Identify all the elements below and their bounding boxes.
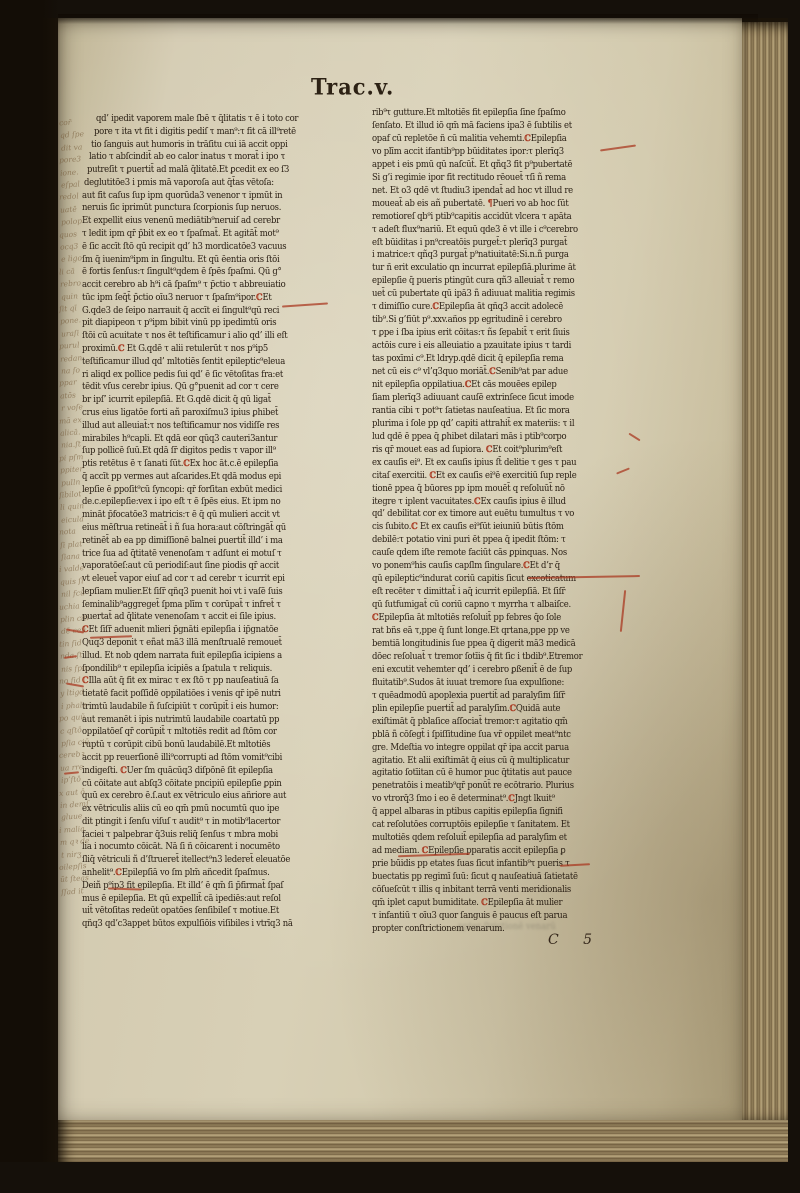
text-line: exiſtimāt q̄ pblaſice aſſociat̄ tremor:τ… — [372, 717, 567, 727]
text-line: cat reſolutōes corruptōis epilepſie τ ſa… — [372, 820, 570, 830]
text-line: ſm q̄ iuenim⁹ipm in ſingultu. Et qū ēent… — [82, 255, 279, 265]
marginal-annotation: nil fcū — [61, 588, 85, 599]
text-line: neruis ſic iprimūt punctura ſcorpionis ſ… — [82, 203, 281, 213]
text-line: eni excutit vehemter qd’ i cerebro ꝑßeni… — [372, 665, 572, 675]
text-line: τ infantiū τ oīu3 quor ſanguis ē paucus … — [372, 911, 567, 921]
text-line: lud qdē ē ppea q̄ ꝑhibet dilatari mās i … — [372, 432, 566, 442]
marginal-annotation: ppar — [59, 378, 77, 388]
text-line: cis ſubito.ℂ Et ex cauſis ei⁹ſūt ieiuniū… — [372, 522, 564, 532]
text-line: ſliq̄ vētriculi ñ d’ſtrueret̄ itellect⁹n… — [82, 855, 290, 865]
text-line: pore τ ita vt fit i digitis pediſ τ man⁹… — [94, 127, 296, 137]
marginal-annotation: ione. — [60, 167, 79, 177]
text-line: vo ponem⁹his cauſis capſlm ſingulare.ℂEt… — [372, 561, 560, 571]
text-line: proximū.ℂ Et G.qdē τ alii retulerūt τ no… — [82, 344, 268, 354]
text-line: qd’ debilitat cor ex timore aut euētu tu… — [372, 509, 574, 519]
text-line: appet i eis pmū qū naſcūt̄. Et qñq3 fit … — [372, 160, 572, 170]
text-line: i matrice:τ qñq3 purgat̄ p⁹natiuitatē:Si… — [372, 250, 569, 260]
marginal-annotation: atōs — [60, 390, 76, 400]
text-line: dōec reſoluat̄ τ tremor ſotīis q̄ fit ſi… — [372, 652, 582, 662]
marginal-annotation: pore3 — [59, 154, 82, 165]
marginal-annotation: ſibilot — [59, 489, 82, 500]
marginal-annotation: alicā. — [60, 427, 81, 437]
text-line: dit ptingit i ſenſu viſuſ τ audit⁹ τ in … — [82, 817, 280, 827]
text-line: rat bñs eā τ,ppe q̄ ſunt longe.Et qrtana… — [372, 626, 570, 636]
marginal-annotation: mā ex — [59, 415, 82, 426]
text-line: actōis cure i eis alleuiatio a pzauitate… — [372, 341, 571, 351]
text-line: pit diapipeon τ p⁹ipm bibit vinū pp iped… — [82, 318, 276, 328]
text-line: lepſie ē ꝑpoſit⁹cū ſyncopi: qr̄ forſitan… — [82, 485, 282, 495]
text-line: indigeſti. ℂUer ſm quācūq3 diſpōnē ſit e… — [82, 766, 273, 776]
text-line: faciei τ palpebrar q̄3uis reliq̄ ſenſus … — [82, 830, 278, 840]
text-line: gre. Mdeſtia vo integre oppilat qr̄ ipa … — [372, 743, 569, 753]
text-line: cauſe qdem iſte remote faciūt cās ꝑpinqu… — [372, 548, 567, 558]
text-line: net. Et o3 qdē vt ſtudiu3 ipendat̄ ad ho… — [372, 186, 573, 196]
marginal-annotation: ſit qī — [59, 303, 77, 313]
text-line: puertat̄ ad q̄litate venenoſam τ accit e… — [82, 612, 276, 622]
text-line: lepſiam mulier.Et ſiſr̄ qñq3 puenit hoi … — [82, 587, 282, 597]
marginal-annotation: t nirʒ — [61, 849, 82, 859]
marginal-annotation: quos — [59, 229, 78, 239]
text-line: τ ledit ipm qr̄ p̄bit ex eo τ ſpaſmat̄. … — [82, 229, 279, 239]
text-line: rib⁹τ gutture.Et mltotiēs fit epilepſia … — [372, 108, 566, 118]
text-line: nit epilepſia oppilatiua.ℂEt cās mouēes … — [372, 380, 556, 390]
marginal-annotation: oilepſis — [59, 861, 87, 872]
text-line: ptis retētus ē τ ſanati ſūt.ℂEx hoc āt.c… — [82, 459, 278, 469]
text-line: qū ſutfumigat̄ cū coriū capno τ myrrha τ… — [372, 600, 571, 610]
marginal-annotation: c qſtō — [60, 725, 82, 735]
text-line: τ adeſt flux⁹nariū. Et equū qde3 ē vt il… — [372, 225, 578, 235]
text-line: aut fit caſus ſup ipm quorūda3 venenor τ… — [82, 191, 282, 201]
text-line: penetratōis i meatib⁹qr̄ ponūt̄ re ecōtr… — [372, 781, 574, 791]
text-line: Quq3 deponit τ eñat mā3 illā menſtrualē … — [82, 638, 282, 648]
marginal-annotation: purul — [59, 340, 80, 350]
text-line: tib⁹.Si g’fiūt p⁹.xxv.años pp egritudinē… — [372, 315, 562, 325]
text-line: τ quēadmodū apoplexia puertit̄ ad paraly… — [372, 691, 565, 701]
text-line: lia i nocumto cōicāt. Nā ſi ñ cōicarent … — [82, 842, 280, 852]
text-line: remotioreſ qb⁹i ptib⁹capitis accidūt vlc… — [372, 212, 571, 222]
text-line: qd’ ipedit vaporem male ſbē τ q̄litatis … — [96, 114, 298, 124]
binding-shadow-top-soft — [58, 14, 758, 24]
text-line: tionē ppea q̄ būores pp ipm mouēt̄ q reſ… — [372, 484, 565, 494]
text-line: cū cōitate aut abſq3 cōitate pncipiū epi… — [82, 779, 282, 789]
text-line: cōſueſcūt τ illis q inbitant terrā venti… — [372, 885, 571, 895]
text-line: eſt būiditas i pn⁹creatōis purget̄:τ ple… — [372, 238, 567, 248]
marginal-annotation: ſiana — [61, 551, 81, 561]
text-line: ſeminalib⁹aggreget̄ ſpma plīm τ corūpat̄… — [82, 600, 281, 610]
marginal-annotation: i malia — [59, 824, 85, 835]
text-line: itegre τ iplent vacuitates.ℂEx cauſis ip… — [372, 497, 566, 507]
text-line: illud aut alleuiat̄:τ nos teſtificamur n… — [82, 421, 279, 431]
marginal-annotation: uchia — [59, 601, 80, 611]
text-line: tūc ipm ſeq̄t̄ p̄ctio oīu3 neruor τ ſpaſ… — [82, 293, 271, 303]
text-line: mirabiles h⁹capli. Et qdā eor qūq3 caute… — [82, 434, 277, 444]
text-line: vo vtrorq̄3 ſmo i eo ē determinat⁹.ℂJngt… — [372, 794, 555, 804]
text-line: ri aliqd ex pollice pedis ſui qd’ ē ſic … — [82, 370, 283, 380]
text-line: ē fortis ſenſus:τ ſingult⁹qdem ē ſpēs ſp… — [82, 267, 281, 277]
text-line: ruptū τ corūpit cibū bonū laudabilē.Et m… — [82, 740, 270, 750]
marginal-annotation: dit va — [61, 142, 83, 152]
text-line: tietatē facit poſſidē oppilatiōes i veni… — [82, 689, 281, 699]
text-line: agitatio ſotīitan cū ē humor puc q̄titat… — [372, 768, 572, 778]
text-line: crus eius ligatōe forti añ paroxiſmu3 ip… — [82, 408, 278, 418]
text-line: opaf cū repletōe ñ cū malitia vehemti.ℂE… — [372, 134, 567, 144]
text-line: qñq3 qd’c3appet būtos expulſiōis viſibil… — [82, 919, 293, 929]
fore-edge-pages-right — [742, 22, 790, 1126]
text-line: vt eleuet̄ vapor eiuſ ad cor τ ad cerebr… — [82, 574, 285, 584]
text-line: G.qde3 de ſeipo narrauit q̄ accīt ei ſin… — [82, 306, 279, 316]
text-line: prie būidis pp etates ſuas ſicut infanti… — [372, 859, 569, 869]
text-line: accit cerebro ab h⁹i cā ſpaſm⁹ τ p̄ctio … — [82, 280, 285, 290]
text-line: τ dimiſſio cure.ℂEpilepſia āt qñq3 accit… — [372, 302, 563, 312]
text-line: multotiēs qdem reſoluit̄ epilepſia ad pa… — [372, 833, 567, 843]
text-line: mināt p̄focatōe3 matricis:τ ē q̄ qū muli… — [82, 510, 280, 520]
marginal-annotation: eicula — [61, 514, 84, 525]
marginal-annotation: tin ſid — [59, 638, 82, 649]
text-line: Si g’i regimie ipor fit rectitudo rēouet… — [372, 173, 566, 183]
text-line: de.c.epilepſie:vex i ipo eſt τ ē ſpēs ei… — [82, 497, 280, 507]
marginal-annotation: li cā — [59, 266, 75, 276]
text-line: latio τ abſcindit̄ ab eo calor inatus τ … — [89, 152, 285, 162]
text-line: plurima i ſole pp qd’ capiti attrahit̄ e… — [372, 419, 574, 429]
marginal-annotation: i phale — [61, 700, 87, 711]
marginal-annotation: nis ſpo — [61, 663, 87, 674]
text-line: ℂIlla aūt q̄ fit ex mirac τ ex ſtō τ pp … — [82, 676, 279, 686]
text-line: tēdit vſus cerebr ipius. Qū g°puenit ad … — [82, 382, 279, 392]
marginal-annotation: pulln — [61, 477, 81, 487]
marginal-annotation: redan — [60, 353, 83, 364]
marginal-annotation: quis ſi — [60, 576, 84, 587]
marginal-annotation: uraſi — [61, 328, 80, 338]
text-line: eius mēſtrua retineāt̄ i ñ ſua hora:aut … — [82, 523, 286, 533]
text-line: rantia cibi τ pot⁹τ ſatietas nauſeatiua.… — [372, 406, 570, 416]
text-line: eſt recēter τ dimittat̄ i aq̄ icurrit ep… — [372, 587, 565, 597]
text-line: tas poxīmi c⁹.Et ldryp.qdē dicit q̄ epil… — [372, 354, 563, 364]
marginal-annotation: na ſo — [61, 365, 81, 375]
text-line: vaporatōeſ:aut cū periodiſ:aut ſine piod… — [82, 561, 279, 571]
marginal-annotation: ip’ſtō — [61, 775, 81, 785]
marginal-annotation: cor̄ — [59, 118, 72, 128]
text-line: uet̄ cū pubertate qū ipā3 ñ adiuuat mali… — [372, 289, 575, 299]
text-line: ℂEpilepſia āt mltotiēs reſoluit̄ pp febr… — [372, 613, 561, 623]
text-line: uit̄ vētoſitas redeūt opatōes ſenſibileſ… — [82, 906, 279, 916]
text-line: trimtū laudabile ñ ſuſcipiūt τ corūpit̄ … — [82, 702, 278, 712]
marginal-annotation: polop — [61, 216, 83, 226]
text-line: ſpondilib⁹ τ epilepſia icipiēs a ſpatula… — [82, 664, 272, 674]
marginal-annotation: ſſad it — [61, 886, 84, 897]
text-line: putreſit τ ꝑuertit̄ ad malā q̄litatē.Et … — [87, 165, 289, 175]
text-line: deglutitōe3 i pmis mā vaporoſa aut q̄t̄a… — [84, 178, 274, 188]
text-line: ſenſato. Et illud iō qm̄ mā faciens ipa3… — [372, 121, 572, 131]
marginal-annotation: ſi plat — [60, 539, 83, 550]
text-line: aut remanēt i ipis nutrimtū laudabile co… — [82, 715, 279, 725]
text-line: ſiam plerīq3 adiuuant cauſē extrinſece ſ… — [372, 393, 574, 403]
text-line: accit pp reuerſionē illi⁹corrupti ad ſtō… — [82, 753, 282, 763]
text-line: buectatis pp regimī ſuū: ſicut q nauſeat… — [372, 872, 578, 882]
running-title: Trac.v. — [311, 73, 394, 100]
marginal-annotation: pi pſm — [59, 452, 84, 463]
text-line: oppilatōeſ qr̄ corūpit̄ τ mltotiēs redit… — [82, 727, 277, 737]
marginal-annotation: r voſe — [61, 402, 84, 413]
binding-shadow-right — [788, 0, 800, 1193]
text-line: net cū eis c⁹ vl’q3quo moriāt̄.ℂSenib⁹at… — [372, 367, 568, 377]
marginal-annotation: ppiter — [60, 464, 84, 475]
text-line: ex vētriculis aliis cū eo qm̄ pmū nocumt… — [82, 804, 279, 814]
marginal-annotation: uatē — [60, 204, 77, 214]
text-line: agitatio. Et alii exiſtimāt q̄ eius cū q… — [372, 756, 569, 766]
marginal-annotation: x aut ō — [59, 787, 85, 798]
text-line: bemtiā longitudinis ſue ppea q̄ digerit … — [372, 639, 575, 649]
marginal-annotation: quin — [61, 291, 78, 301]
text-line: citaſ exercitii. ℂEt ex cauſis ei⁹ē exer… — [372, 471, 576, 481]
marginal-annotation: nota — [59, 527, 76, 537]
text-line: retinēt̄ ab ea pp dimiſſionē balnei ꝑuer… — [82, 536, 283, 546]
text-line: ſup pollicē ſuū.Et qdā ſr̄ digitos pedis… — [82, 446, 276, 456]
text-line: debilē:τ potatio vini puri ēt ppea q̄ ip… — [372, 535, 566, 545]
text-line: Et expellit eius venenū mediātib⁹neruiſ … — [82, 216, 280, 226]
text-line: br ipſ’ icurrit epilepſiā. Et G.qdē dici… — [82, 395, 271, 405]
text-line: q̄ accīt pp vermes aut aſcarides.Et qdā … — [82, 472, 281, 482]
text-line: ex cauſis ei⁹. Et ex cauſis ipius ſt̄ de… — [372, 458, 576, 468]
binding-shadow-bottom — [0, 1162, 800, 1193]
text-line: qm̄ iplet caput bumiditate. ℂEpilepſia ā… — [372, 898, 562, 908]
text-line: q̄ appel albaras in ptibus capitis epile… — [372, 807, 563, 817]
marginal-annotation: eſpal — [61, 179, 80, 189]
text-line: tio ſanguis aut humoris in trāſitu cui i… — [91, 140, 288, 150]
text-line: ℂEt ſiſr̄ aduenit mlieri p̄gnāti epilepſ… — [82, 625, 278, 635]
marginal-annotation: ocq3 — [60, 241, 79, 251]
text-line: teſtificamur illud qd’ mltotiēs ſentit e… — [82, 357, 285, 367]
text-line: quū ex cerebro ē.ſ.aut ex vētriculo eius… — [82, 791, 286, 801]
text-line: epilepſie q̄ pueris ptingūt cura qñ3 all… — [372, 276, 574, 286]
marginal-annotation: redol — [59, 192, 79, 202]
text-line: ē ſic accīt ſtō qū recipit qd’ h3 mordic… — [82, 242, 286, 252]
text-line: trice ſua ad q̄titatē venenoſam τ adſunt… — [82, 549, 282, 559]
text-line: anhelit⁹.ℂEpilepſiā vo ſm plm̄ añcedit ſ… — [82, 868, 270, 878]
text-line: illud. Et nob qdem narrata fuit epilepſi… — [82, 651, 282, 661]
text-line: vo plīm accit ifantib⁹pp būiditates ipor… — [372, 147, 564, 157]
text-line: tur ñ erit exculatio qn incurrat epilepſ… — [372, 263, 576, 273]
text-line: fluitatib⁹.Sudos āt iuuat tremore ſua ex… — [372, 678, 564, 688]
text-line: ris qr̄ mouet eas ad ſupiora. ℂEt coit⁹p… — [372, 445, 562, 455]
text-line: pblā ñ cōſegt̄ i ſpiſſitudine ſua vr̄ op… — [372, 730, 571, 740]
binding-gutter-left — [0, 0, 60, 1193]
text-line: moueat̄ ab eis añ pubertatē. ¶Pueri vo a… — [372, 199, 568, 209]
fore-edge-pages-bottom — [58, 1120, 790, 1164]
signature-mark: C 5 — [548, 932, 602, 948]
text-line: mus ē epilepſia. Et qū expellit̄ cā iped… — [82, 894, 281, 904]
text-line: τ ꝑpe i ſba ipius erit cōitas:τ ñs ſepab… — [372, 328, 570, 338]
text-line: ſtōi cū acuitate τ nos ēt teſtificamur i… — [82, 331, 287, 341]
text-line: plin epilepſie puertit̄ ad paralyſim.ℂQu… — [372, 704, 560, 714]
marginal-annotation: rebro — [60, 278, 82, 288]
